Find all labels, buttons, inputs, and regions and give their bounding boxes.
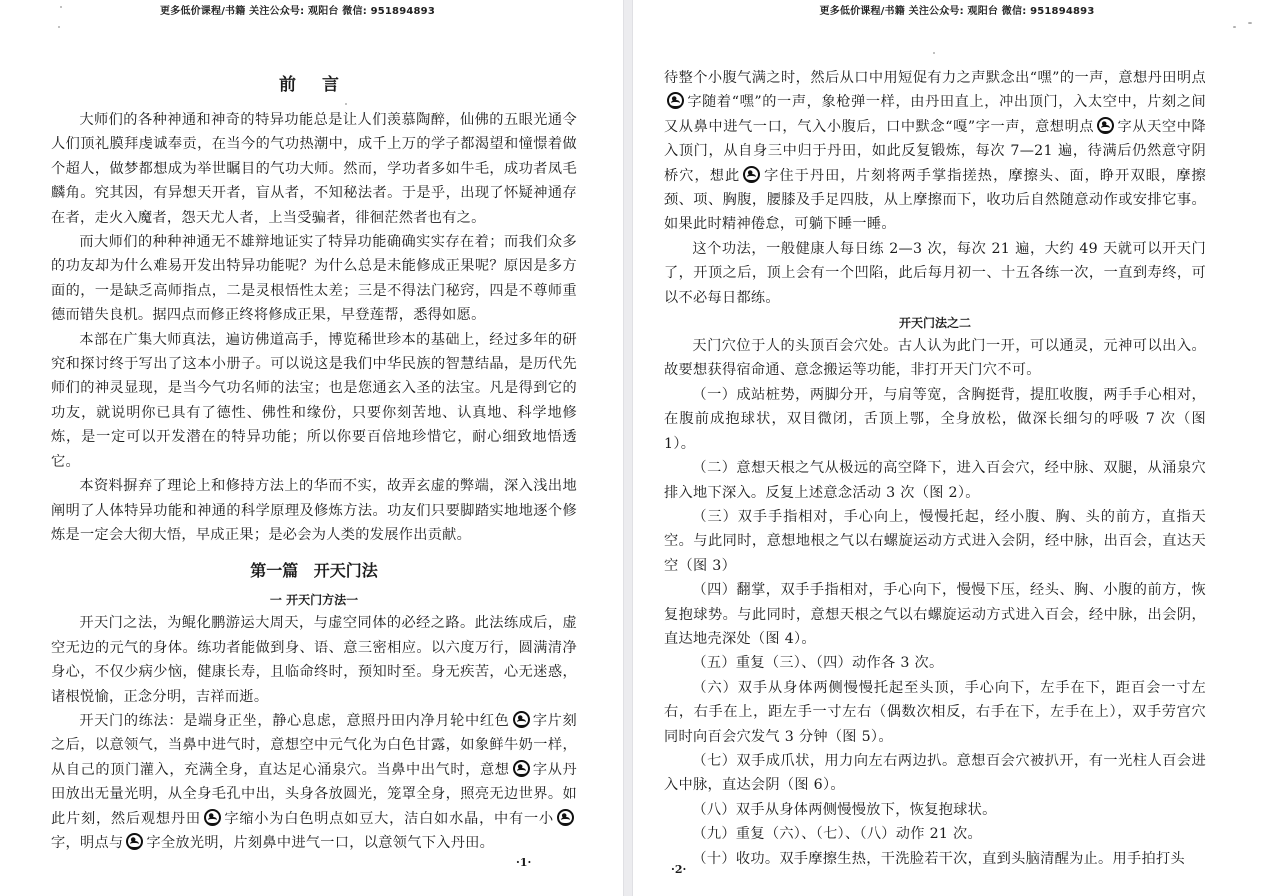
- seal-character-icon: [513, 760, 530, 777]
- step-4: （四）翻掌，双手手指相对，手心向下，慢慢下压，经头、胸、小腹的前方，恢复抱球势。…: [664, 578, 1206, 651]
- seal-character-icon: [743, 166, 760, 183]
- practice-frequency-paragraph: 这个功法，一般健康人每日练 2—3 次，每次 21 遍，大约 49 天就可以开天…: [664, 237, 1206, 310]
- step-8: （八）双手从身体两侧慢慢放下，恢复抱球状。: [664, 798, 1206, 822]
- step-10: （十）收功。双手摩擦生热，干洗脸若干次，直到头脑清醒为止。用手拍打头: [664, 847, 1206, 871]
- section-title: 开天门法之二: [664, 312, 1206, 334]
- seal-character-icon: [557, 809, 574, 826]
- step-9: （九）重复（六）、（七）、（八）动作 21 次。: [664, 822, 1206, 846]
- page-header-banner: 更多低价课程/书籍 关注公众号: 观阳台 微信: 951894893: [0, 2, 623, 17]
- scan-speck: [1248, 22, 1252, 24]
- chapter-paragraph-1: 开天门之法，为鲲化鹏游运大周天，与虚空同体的必经之路。此法练成后，虚空无边的元气…: [51, 611, 577, 709]
- preface-paragraph-2: 而大师们的种种神通无不雄辩地证实了特异功能确确实实存在着；而我们众多的功友却为什…: [51, 230, 577, 328]
- preface-paragraph-3: 本部在广集大师真法，遍访佛道高手，博览稀世珍本的基础上，经过多年的研究和探讨终于…: [51, 328, 577, 474]
- step-2: （二）意想天根之气从极远的高空降下，进入百会穴，经中脉、双腿，从涌泉穴排入地下深…: [664, 456, 1206, 505]
- section-paragraph-intro: 天门穴位于人的头顶百会穴处。古人认为此门一开，可以通灵，元神可以出入。故要想获得…: [664, 334, 1206, 383]
- scan-speck: [933, 52, 935, 54]
- continued-paragraph: 待整个小腹气满之时，然后从口中用短促有力之声默念出“嘿”的一声，意想丹田明点字随…: [664, 66, 1206, 237]
- text-span: 待整个小腹气满之时，然后从口中用短促有力之声默念出“嘿”的一声，意想丹田明点: [664, 70, 1206, 86]
- seal-character-icon: [667, 92, 684, 109]
- scan-speck: [1233, 26, 1236, 28]
- page-2: 更多低价课程/书籍 关注公众号: 观阳台 微信: 951894893 待整个小腹…: [633, 0, 1271, 896]
- text-span: 字全放光明，片刻鼻中进气一口，以意领气下入丹田。: [146, 835, 494, 851]
- page-1-content: 前 言 大师们的各种神通和神奇的特异功能总是让人们羡慕陶醉，仙佛的五眼光通令人们…: [51, 72, 577, 855]
- practice-paragraph: 开天门的练法：是端身正坐，静心息虑，意照丹田内净月轮中红色字片刻之后，以意领气，…: [51, 709, 577, 855]
- seal-character-icon: [204, 809, 221, 826]
- section-title: 一 开天门方法一: [51, 589, 577, 611]
- step-3: （三）双手手指相对，手心向上，慢慢托起，经小腹、胸、头的前方，直指天空。与此同时…: [664, 505, 1206, 578]
- scan-speck: [60, 6, 62, 8]
- pdf-two-page-spread: 更多低价课程/书籍 关注公众号: 观阳台 微信: 951894893 前 言 大…: [0, 0, 1271, 896]
- page-gutter: [623, 0, 633, 896]
- page-number: ·1·: [516, 856, 531, 869]
- preface-paragraph-1: 大师们的各种神通和神奇的特异功能总是让人们羡慕陶醉，仙佛的五眼光通令人们顶礼膜拜…: [51, 108, 577, 230]
- seal-character-icon: [1097, 117, 1114, 134]
- step-7: （七）双手成爪状，用力向左右两边扒。意想百会穴被扒开，有一光柱人百会进入中脉，直…: [664, 749, 1206, 798]
- seal-character-icon: [126, 833, 143, 850]
- step-6: （六）双手从身体两侧慢慢托起至头顶，手心向下，左手在下，距百会一寸左右，右手在上…: [664, 676, 1206, 749]
- scan-speck: [58, 26, 60, 28]
- preface-paragraph-4: 本资料摒弃了理论上和修持方法上的华而不实，故弄玄虚的弊端，深入浅出地阐明了人体特…: [51, 474, 577, 547]
- step-5: （五）重复（三）、（四）动作各 3 次。: [664, 651, 1206, 675]
- page-number: ·2·: [671, 863, 686, 876]
- scan-speck: [345, 103, 347, 105]
- preface-title: 前 言: [51, 72, 577, 98]
- chapter-title: 第一篇 开天门法: [51, 557, 577, 585]
- page-1: 更多低价课程/书籍 关注公众号: 观阳台 微信: 951894893 前 言 大…: [0, 0, 623, 896]
- page-header-banner: 更多低价课程/书籍 关注公众号: 观阳台 微信: 951894893: [633, 2, 1271, 17]
- text-span: 开天门的练法：是端身正坐，静心息虑，意照丹田内净月轮中红色: [79, 713, 509, 729]
- text-span: 字缩小为白色明点如豆大，洁白如水晶，中有一小: [224, 811, 554, 827]
- page-2-content: 待整个小腹气满之时，然后从口中用短促有力之声默念出“嘿”的一声，意想丹田明点字随…: [664, 66, 1206, 871]
- step-1: （一）成站桩势，两脚分开，与肩等宽，含胸挺背，提肛收腹，两手手心相对，在腹前成抱…: [664, 383, 1206, 456]
- text-span: 字，明点与: [51, 835, 123, 851]
- seal-character-icon: [513, 711, 530, 728]
